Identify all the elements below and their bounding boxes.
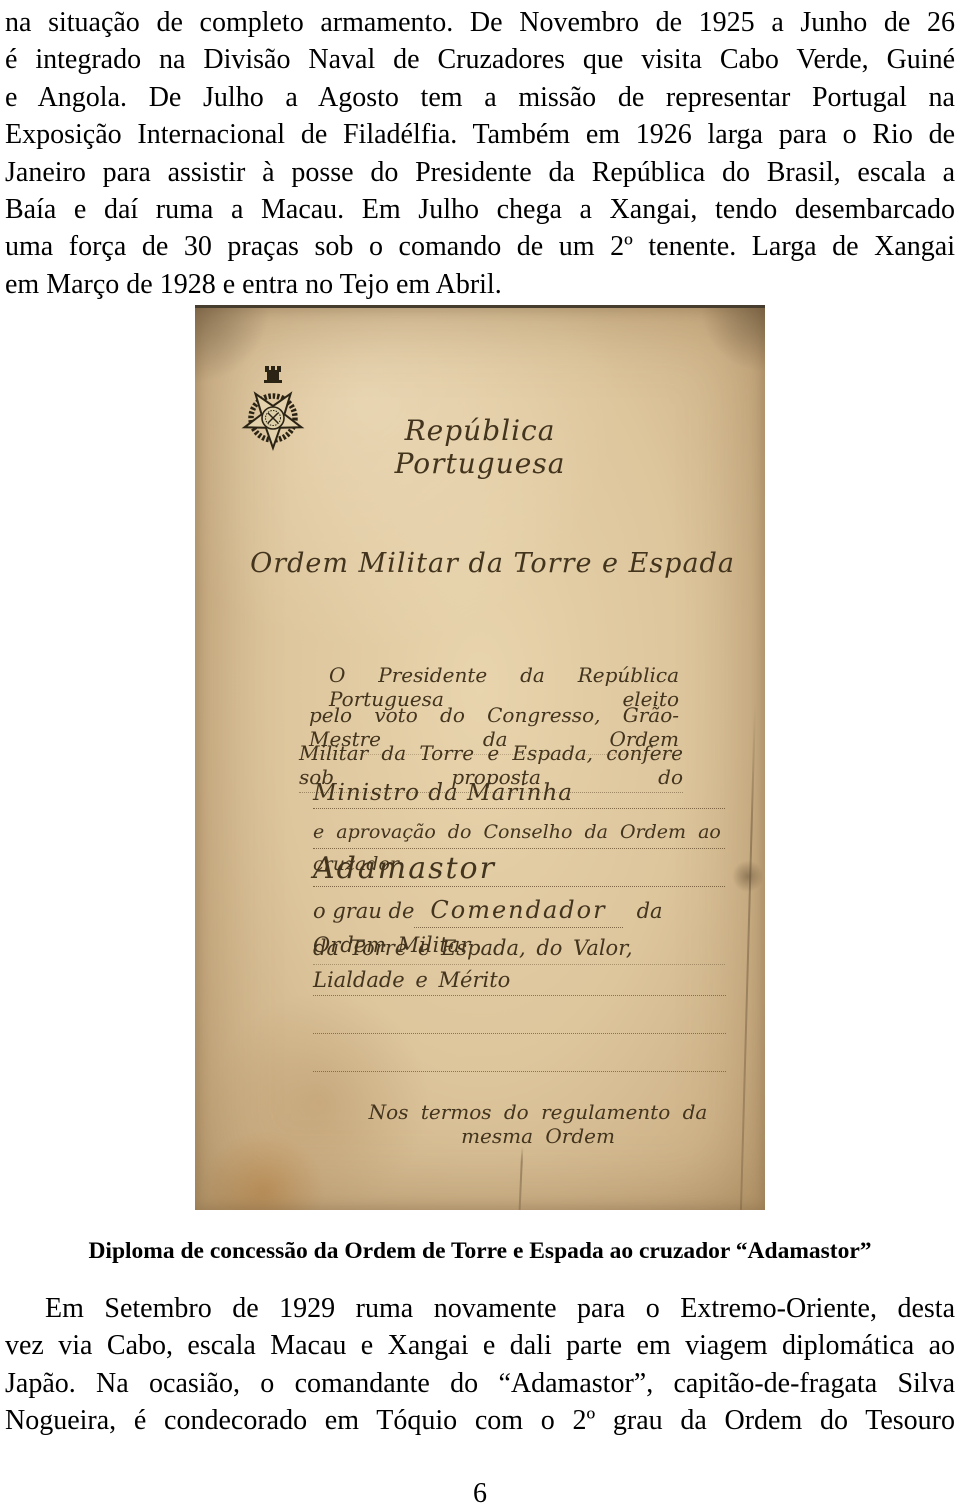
- diploma-header-title: República Portuguesa: [315, 414, 645, 480]
- text-line: em Março de 1928 e entra no Tejo em Abri…: [5, 266, 955, 303]
- text-line: Janeiro para assistir à posse do Preside…: [5, 154, 955, 191]
- document-page: na situação de completo armamento. De No…: [0, 0, 960, 1511]
- grade-entry: Comendador: [414, 893, 622, 928]
- diploma-motto-line: da Torre e Espada, do Valor, Lialdade e …: [313, 932, 725, 965]
- diploma-order-title: Ordem Militar da Torre e Espada: [240, 548, 745, 579]
- diploma-scan-image: República Portuguesa Ordem Militar da To…: [195, 305, 765, 1210]
- text-line: Baía e daí ruma a Macau. Em Julho chega …: [5, 191, 955, 228]
- text-line: vez via Cabo, escala Macau e Xangai e da…: [5, 1327, 955, 1364]
- text-line: é integrado na Divisão Naval de Cruzador…: [5, 41, 955, 78]
- text-line: Em Setembro de 1929 ruma novamente para …: [5, 1290, 955, 1327]
- text-line: uma força de 30 praças sob o comando de …: [5, 228, 955, 265]
- figure-caption: Diploma de concessão da Ordem de Torre e…: [0, 1236, 960, 1266]
- blank-dotted-line: [313, 1071, 726, 1072]
- text-line: Exposição Internacional de Filadélfia. T…: [5, 116, 955, 153]
- blank-dotted-line: [313, 1033, 726, 1034]
- diploma-minister-entry: Ministro da Marinha: [313, 778, 725, 809]
- paper-crease: [740, 703, 756, 1210]
- blank-dotted-line: [313, 995, 726, 996]
- text-line: Nogueira, é condecorado em Tóquio com o …: [5, 1402, 955, 1439]
- tower-and-sword-order-badge-icon: [237, 366, 309, 461]
- text-line: e Angola. De Julho a Agosto tem a missão…: [5, 79, 955, 116]
- paragraph-top: na situação de completo armamento. De No…: [5, 4, 955, 303]
- diploma-approval-line: e aprovação do Conselho da Ordem ao cruz…: [313, 816, 725, 849]
- page-number: 6: [0, 1478, 960, 1510]
- diploma-grade-line: o grau deComendadorda Ordem Militar: [313, 893, 725, 927]
- diploma-closing-line: Nos termos do regulamento da mesma Ordem: [353, 1100, 723, 1148]
- diploma-recipient-entry: Adamastor: [313, 852, 725, 887]
- text-line: Japão. Na ocasião, o comandante do “Adam…: [5, 1365, 955, 1402]
- paragraph-bottom: Em Setembro de 1929 ruma novamente para …: [5, 1290, 955, 1440]
- grade-prefix: o grau de: [313, 899, 414, 923]
- paper-crease: [519, 1146, 523, 1210]
- text-line: na situação de completo armamento. De No…: [5, 4, 955, 41]
